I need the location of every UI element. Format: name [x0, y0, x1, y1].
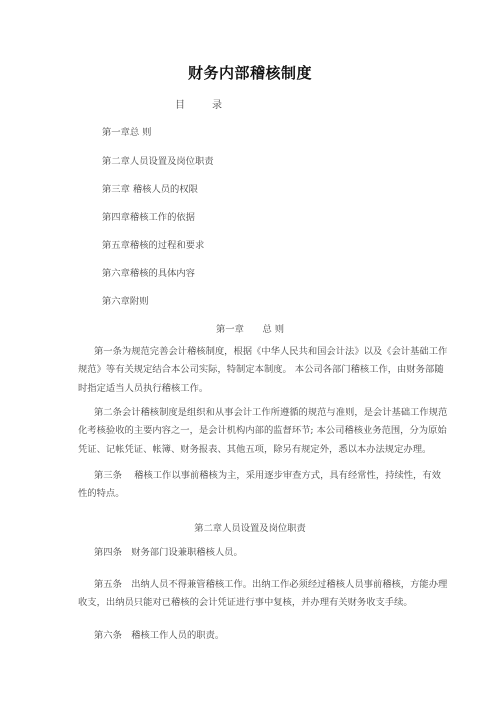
- toc-item: 第三章 稽核人员的权限: [102, 181, 198, 195]
- toc-item: 第一章总 则: [102, 124, 151, 138]
- article-paragraph: 第五条 出纳人员不得兼管稽核工作。出纳工作必须经过稽核人员事前稽核，方能办理 收…: [80, 576, 492, 613]
- article-paragraph: 第一条为规范完善会计稽核制度，根据《中华人民共和国会计法》以及《会计基础工作 规…: [80, 343, 492, 398]
- toc-item: 第四章稽核工作的依据: [102, 209, 195, 223]
- paragraph-line: 凭证、记帐凭证、帐簿、财务报表、其他五项，除另有规定外，悉以本办法规定办理。: [78, 441, 492, 459]
- toc-heading-left: 目: [175, 96, 185, 111]
- article-paragraph: 第四条 财务部门设兼职稽核人员。: [80, 544, 492, 562]
- article-paragraph: 第六条 稽核工作人员的职责。: [80, 627, 492, 645]
- paragraph-line: 时指定适当人员执行稽核工作。: [78, 380, 492, 398]
- paragraph-line: 性的特点。: [78, 485, 492, 503]
- chapter-heading: 第二章人员设置及岗位职责: [0, 520, 500, 534]
- toc-heading: 目录: [175, 96, 222, 111]
- article-paragraph: 第二条会计稽核制度是组织和从事会计工作所遵循的规范与准则，是会计基础工作规范 化…: [80, 404, 492, 459]
- article-paragraph: 第三条 稽核工作以事前稽核为主，采用逐步审查方式，具有经常性，持续性，有效 性的…: [80, 467, 492, 504]
- toc-heading-right: 录: [212, 96, 222, 111]
- paragraph-line: 第五条 出纳人员不得兼管稽核工作。出纳工作必须经过稽核人员事前稽核，方能办理: [80, 576, 492, 594]
- paragraph-line: 第三条 稽核工作以事前稽核为主，采用逐步审查方式，具有经常性，持续性，有效: [80, 467, 492, 485]
- document-title: 财务内部稽核制度: [0, 62, 500, 83]
- paragraph-line: 化考核验收的主要内容之一，是会计机构内部的监督环节; 本公司稽核业务范围，分为原…: [78, 422, 492, 440]
- toc-item: 第五章稽核的过程和要求: [102, 237, 204, 251]
- paragraph-line: 第二条会计稽核制度是组织和从事会计工作所遵循的规范与准则，是会计基础工作规范: [80, 404, 492, 422]
- toc-item: 第二章人员设置及岗位职责: [102, 153, 214, 167]
- paragraph-line: 第一条为规范完善会计稽核制度，根据《中华人民共和国会计法》以及《会计基础工作: [80, 343, 492, 361]
- chapter-heading: 第一章 总 则: [0, 321, 500, 335]
- paragraph-line: 第六条 稽核工作人员的职责。: [80, 627, 492, 645]
- toc-item: 第六章稽核的具体内容: [102, 265, 195, 279]
- paragraph-line: 收支，出纳员只能对已稽核的会计凭证进行事中复核，并办理有关财务收支手续。: [78, 594, 492, 612]
- toc-item: 第六章附则: [102, 293, 149, 307]
- paragraph-line: 第四条 财务部门设兼职稽核人员。: [80, 544, 492, 562]
- paragraph-line: 规范》等有关规定结合本公司实际，特制定本制度。 本公司各部门稽核工作，由财务部随: [78, 361, 492, 379]
